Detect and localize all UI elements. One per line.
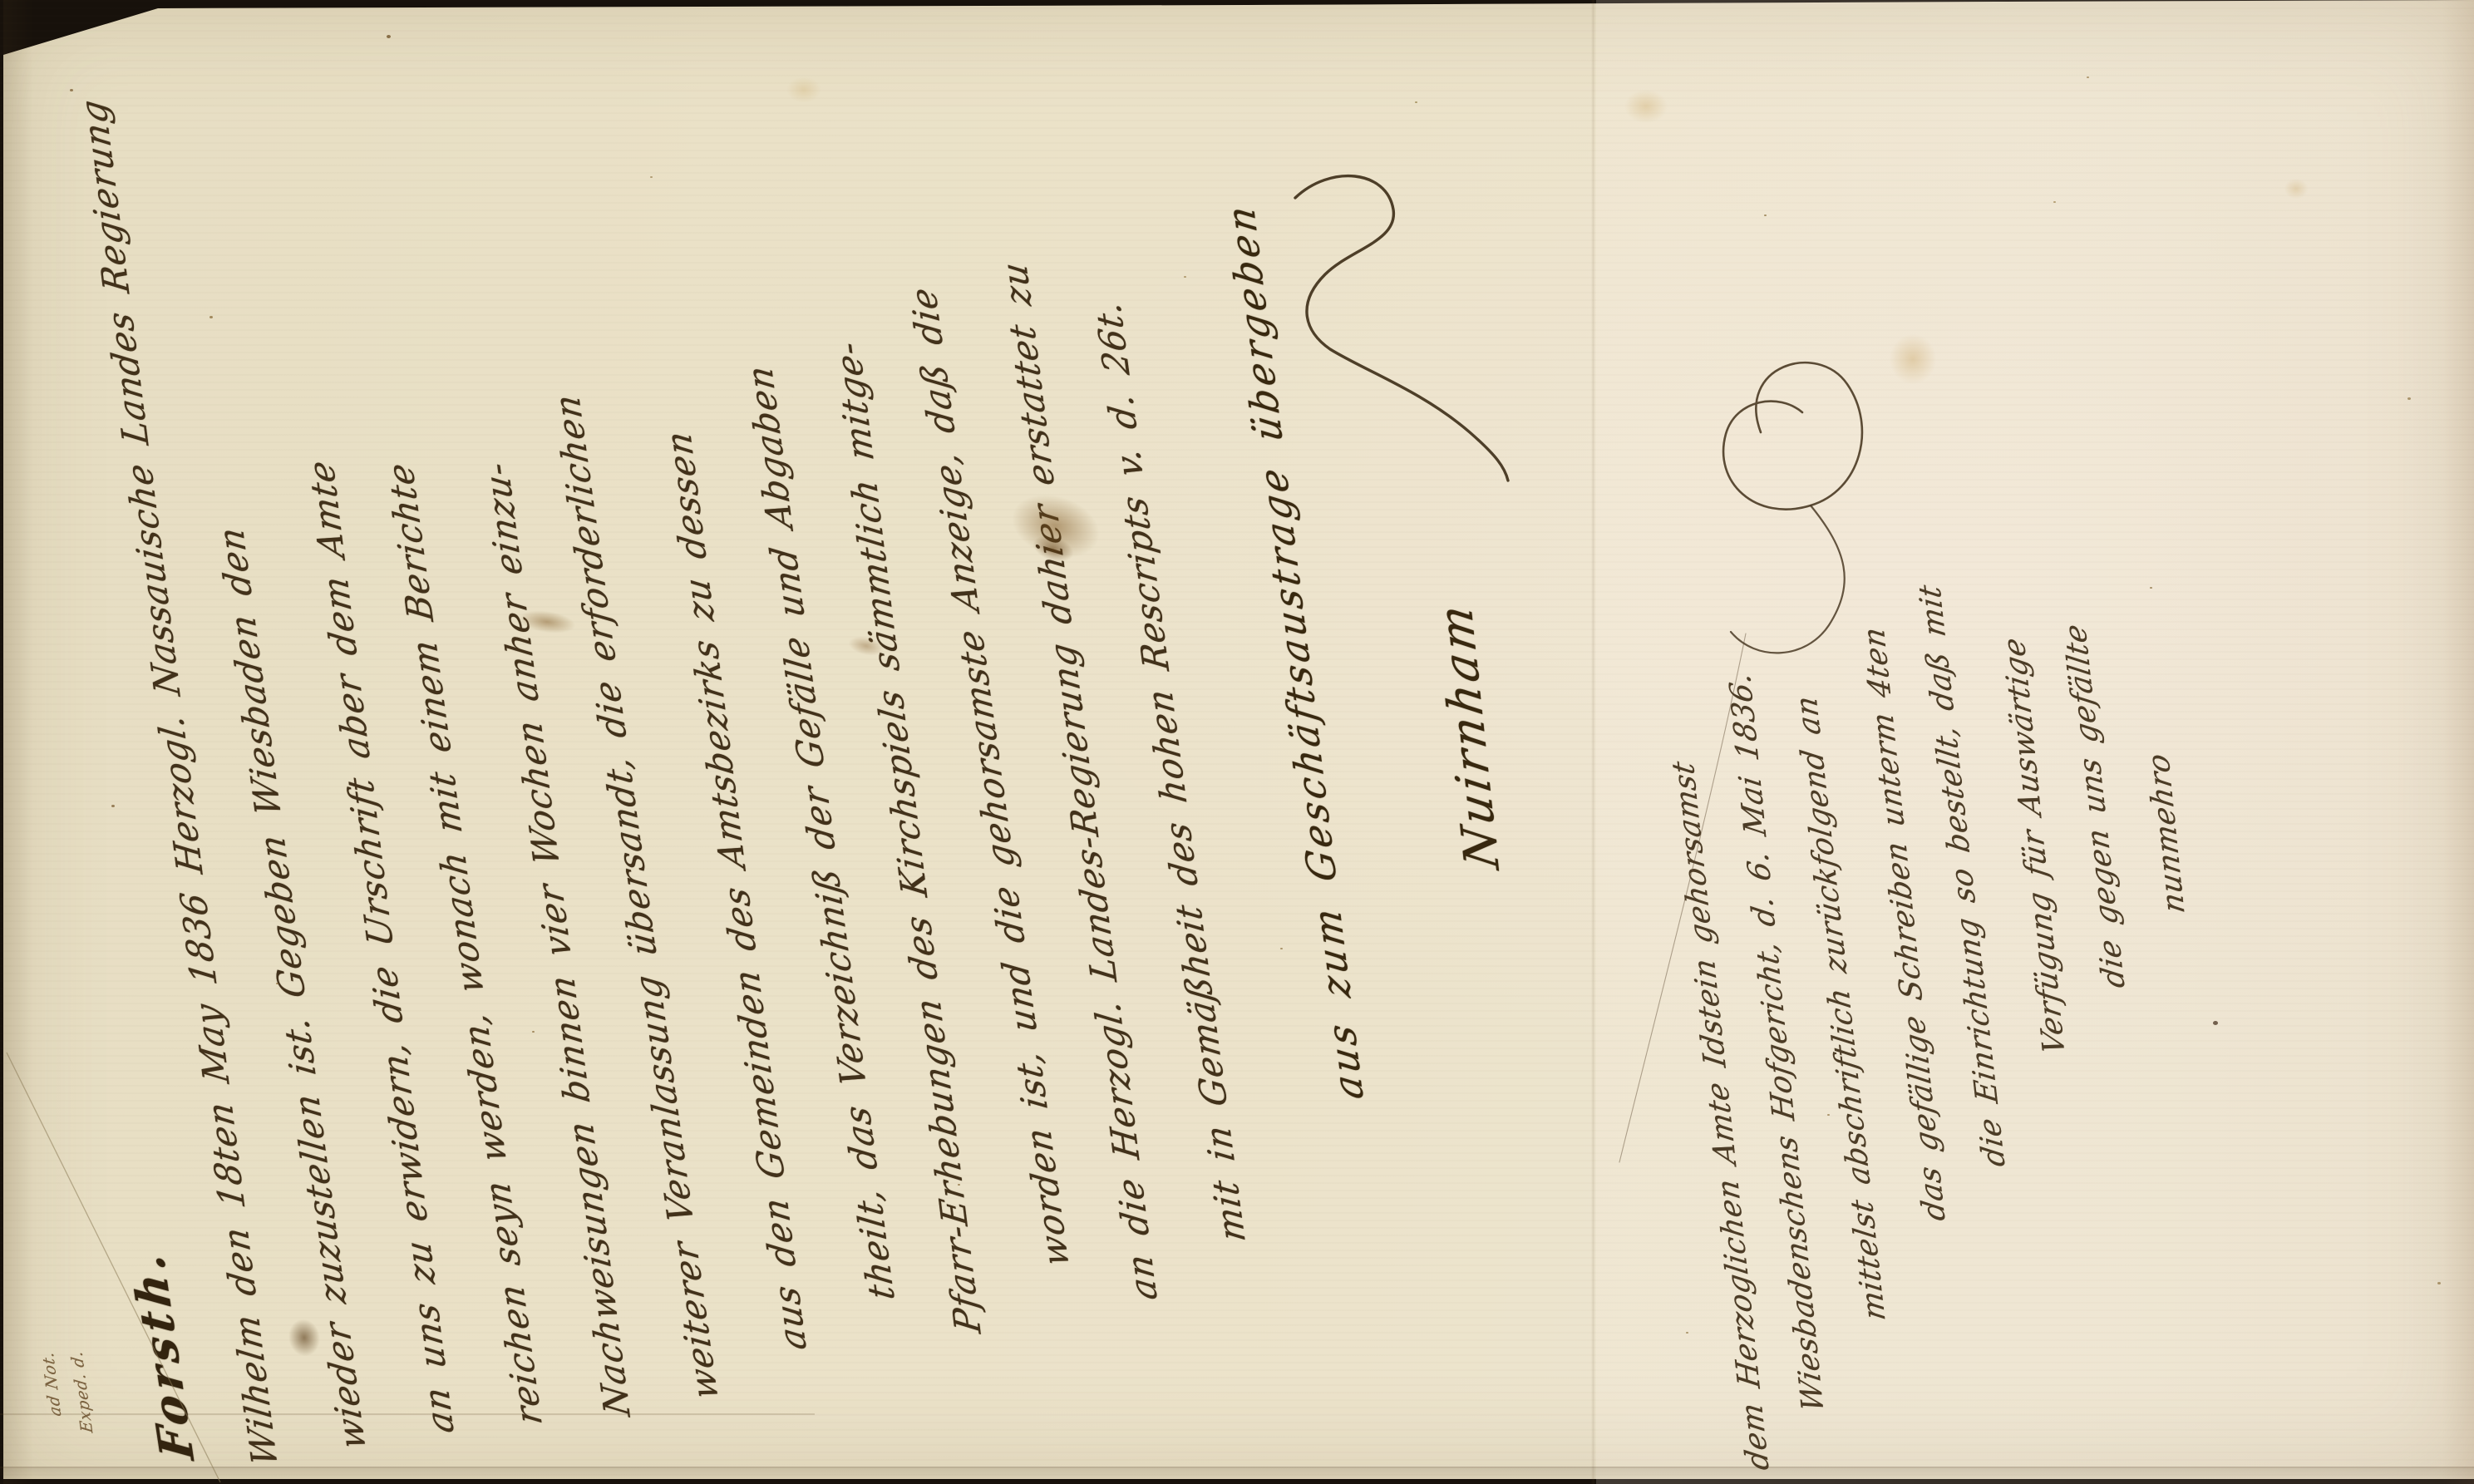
scanned-letter-spread: Nuirnhamaus zum Geschäftsaustrage überge…	[0, 0, 2474, 1484]
right-edge-shadow	[2442, 0, 2474, 1484]
left-edge-shadow	[3, 0, 33, 1484]
right-leaf-tint	[1596, 0, 2474, 1484]
